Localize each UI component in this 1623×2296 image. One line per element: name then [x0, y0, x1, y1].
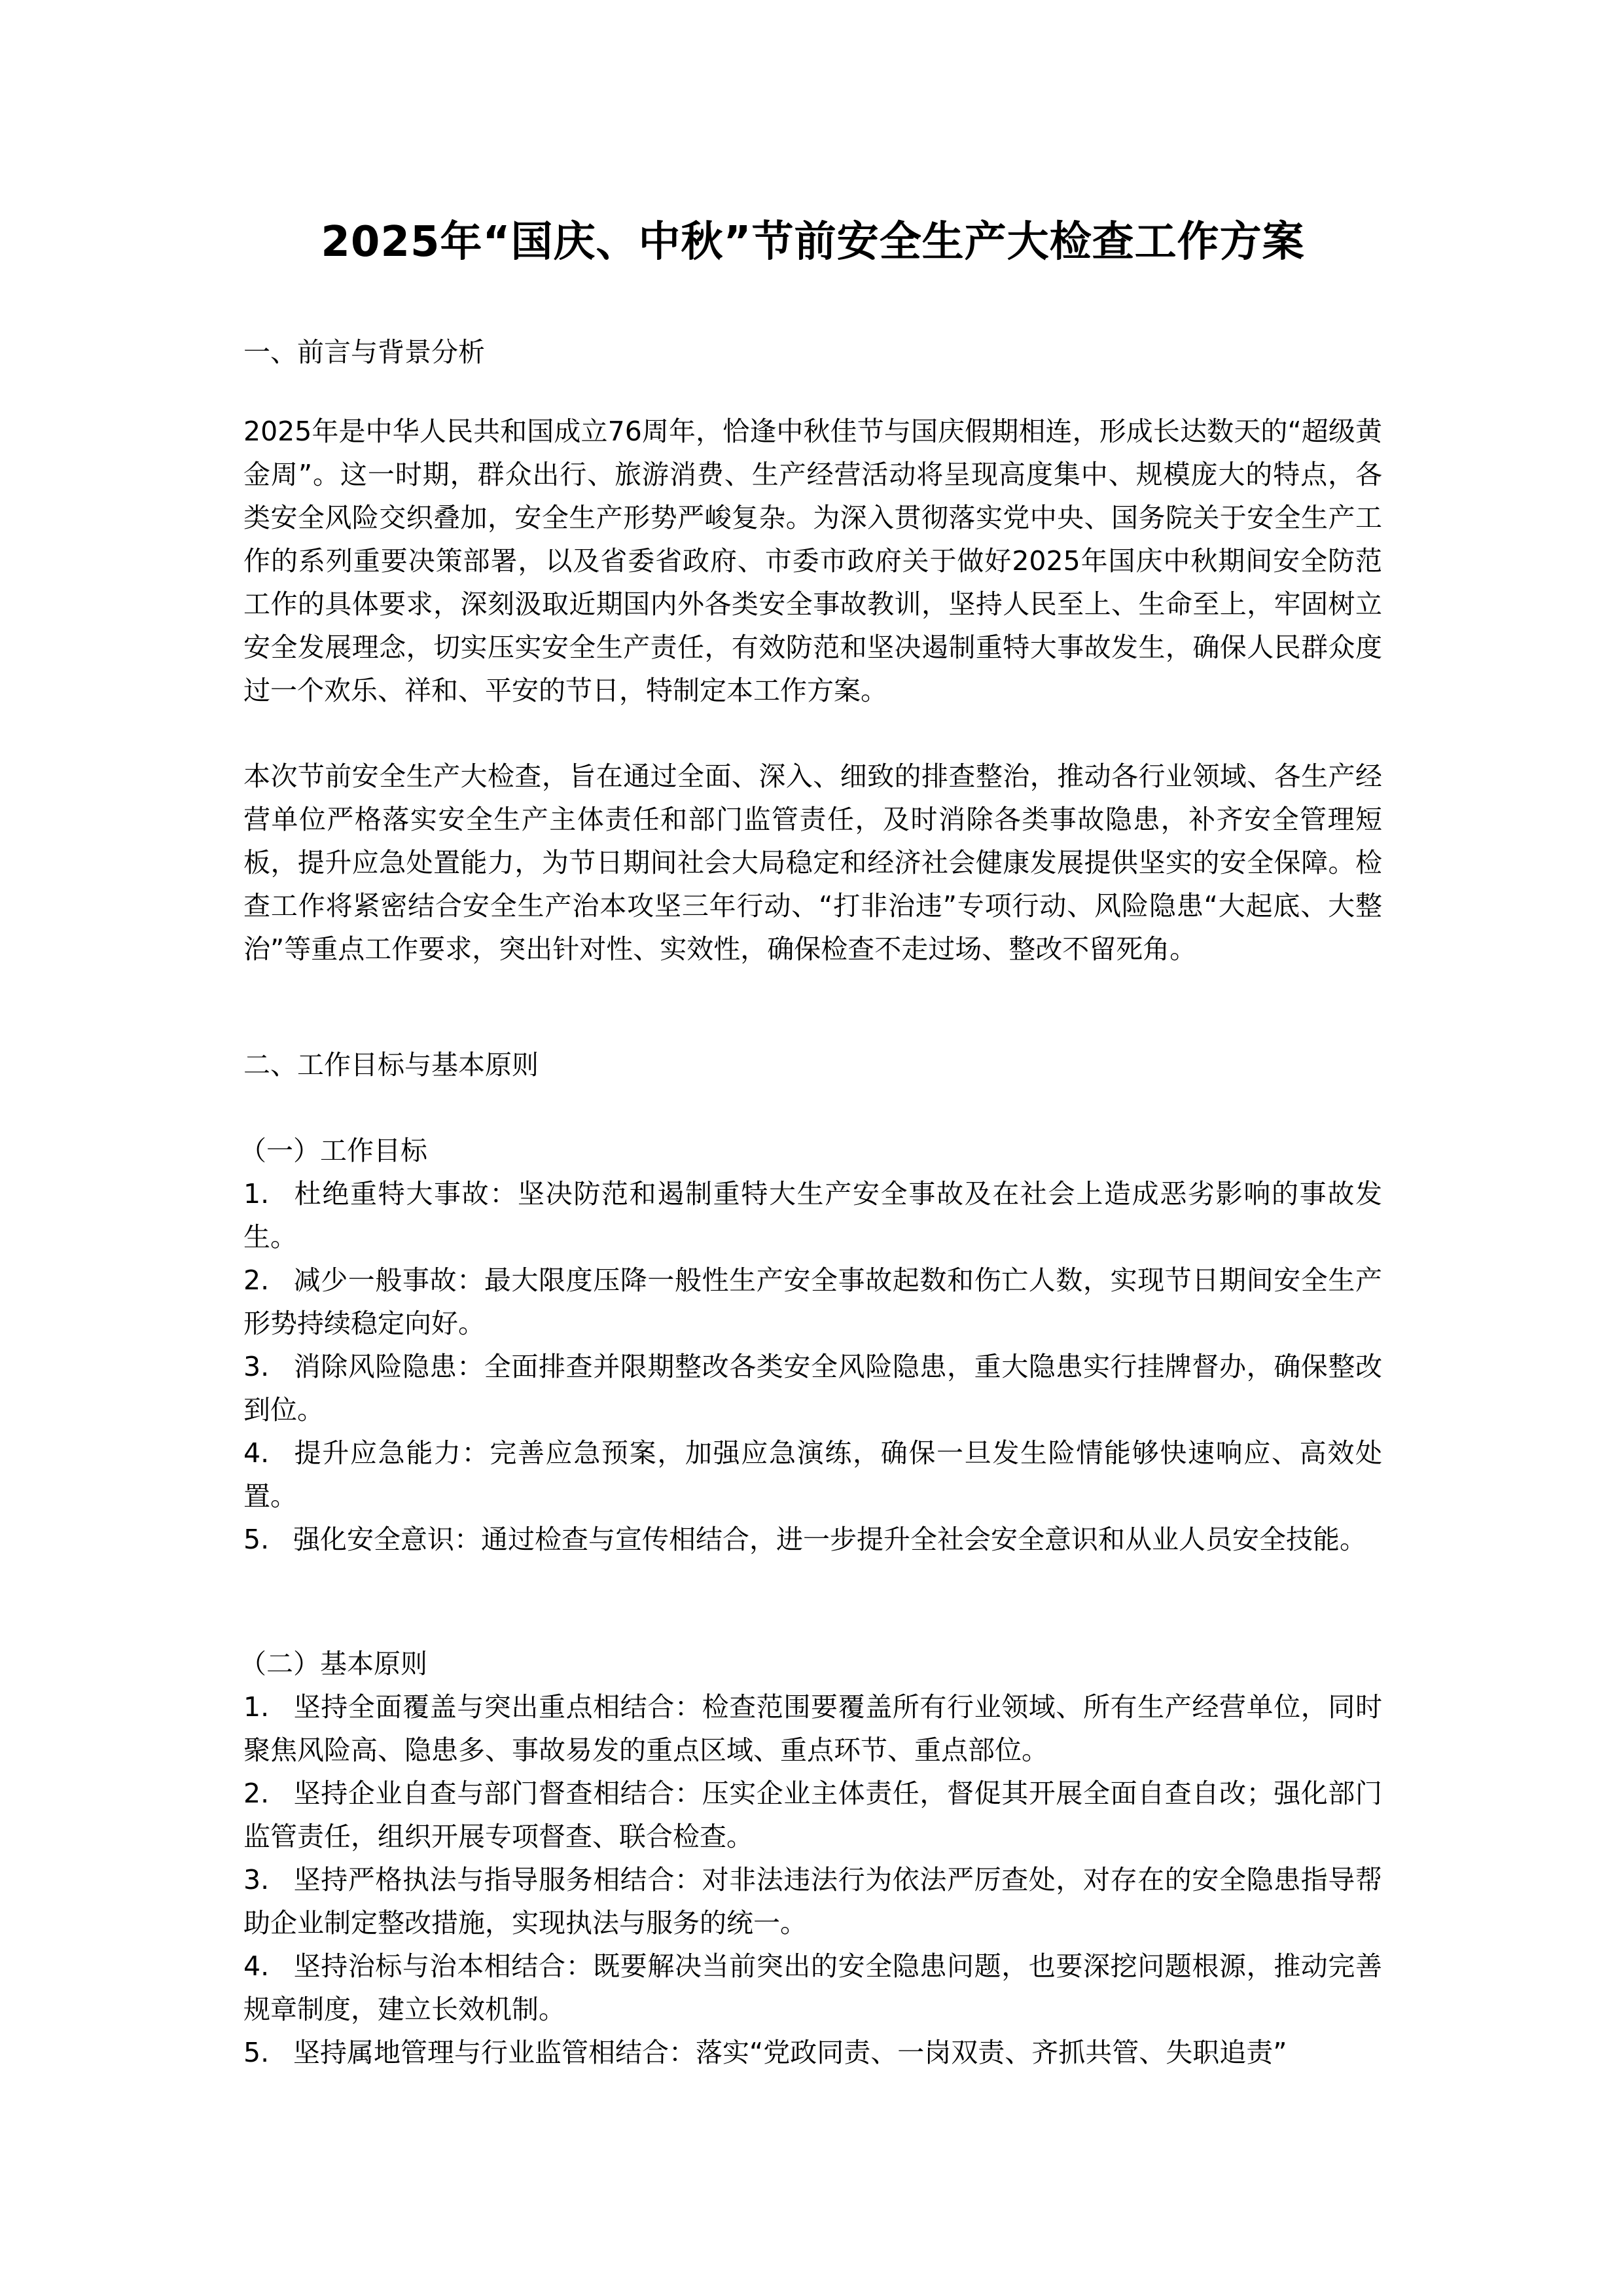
item-text: 消除风险隐患：全面排查并限期整改各类安全风险隐患，重大隐患实行挂牌督办，确保整改… — [243, 1351, 1382, 1426]
principles-list: 1.坚持全面覆盖与突出重点相结合：检查范围要覆盖所有行业领域、所有生产经营单位，… — [243, 1685, 1382, 2074]
section-1-paragraph-2: 本次节前安全生产大检查，旨在通过全面、深入、细致的排查整治，推动各行业领域、各生… — [243, 755, 1382, 971]
item-text: 坚持全面覆盖与突出重点相结合：检查范围要覆盖所有行业领域、所有生产经营单位，同时… — [243, 1691, 1382, 1766]
item-text: 提升应急能力：完善应急预案，加强应急演练，确保一旦发生险情能够快速响应、高效处置… — [243, 1437, 1382, 1512]
item-number: 3. — [243, 1858, 293, 1901]
item-text: 坚持治标与治本相结合：既要解决当前突出的安全隐患问题，也要深挖问题根源，推动完善… — [243, 1950, 1382, 2025]
goal-item-2: 2.减少一般事故：最大限度压降一般性生产安全事故起数和伤亡人数，实现节日期间安全… — [243, 1259, 1382, 1345]
item-number: 2. — [243, 1259, 293, 1302]
principles-heading: （二）基本原则 — [240, 1642, 427, 1685]
item-number: 1. — [243, 1172, 293, 1215]
item-text: 坚持企业自查与部门督查相结合：压实企业主体责任，督促其开展全面自查自改；强化部门… — [243, 1778, 1382, 1852]
principle-item-2: 2.坚持企业自查与部门督查相结合：压实企业主体责任，督促其开展全面自查自改；强化… — [243, 1772, 1382, 1858]
item-text: 杜绝重特大事故：坚决防范和遏制重特大生产安全事故及在社会上造成恶劣影响的事故发生… — [243, 1178, 1382, 1253]
item-number: 5. — [243, 1518, 293, 1561]
goals-list: 1.杜绝重特大事故：坚决防范和遏制重特大生产安全事故及在社会上造成恶劣影响的事故… — [243, 1172, 1382, 1561]
item-number: 4. — [243, 1431, 293, 1475]
item-number: 3. — [243, 1345, 293, 1388]
document-title: 2025年“国庆、中秋”节前安全生产大检查工作方案 — [243, 208, 1382, 268]
goal-item-5: 5.强化安全意识：通过检查与宣传相结合，进一步提升全社会安全意识和从业人员安全技… — [243, 1518, 1382, 1561]
section-1-paragraph-1: 2025年是中华人民共和国成立76周年，恰逢中秋佳节与国庆假期相连，形成长达数天… — [243, 410, 1382, 712]
item-number: 4. — [243, 1945, 293, 1988]
section-2-heading: 二、工作目标与基本原则 — [243, 1043, 539, 1086]
goals-heading: （一）工作目标 — [240, 1129, 427, 1172]
item-text: 坚持严格执法与指导服务相结合：对非法违法行为依法严厉查处，对存在的安全隐患指导帮… — [243, 1864, 1382, 1939]
item-text: 减少一般事故：最大限度压降一般性生产安全事故起数和伤亡人数，实现节日期间安全生产… — [243, 1265, 1382, 1339]
principle-item-5: 5.坚持属地管理与行业监管相结合：落实“党政同责、一岗双责、齐抓共管、失职追责” — [243, 2031, 1382, 2074]
principle-item-1: 1.坚持全面覆盖与突出重点相结合：检查范围要覆盖所有行业领域、所有生产经营单位，… — [243, 1685, 1382, 1772]
goal-item-3: 3.消除风险隐患：全面排查并限期整改各类安全风险隐患，重大隐患实行挂牌督办，确保… — [243, 1345, 1382, 1431]
item-number: 2. — [243, 1772, 293, 1815]
item-text: 坚持属地管理与行业监管相结合：落实“党政同责、一岗双责、齐抓共管、失职追责” — [293, 2037, 1287, 2068]
item-number: 5. — [243, 2031, 293, 2074]
goal-item-4: 4.提升应急能力：完善应急预案，加强应急演练，确保一旦发生险情能够快速响应、高效… — [243, 1431, 1382, 1518]
goal-item-1: 1.杜绝重特大事故：坚决防范和遏制重特大生产安全事故及在社会上造成恶劣影响的事故… — [243, 1172, 1382, 1259]
principle-item-4: 4.坚持治标与治本相结合：既要解决当前突出的安全隐患问题，也要深挖问题根源，推动… — [243, 1945, 1382, 2031]
principle-item-3: 3.坚持严格执法与指导服务相结合：对非法违法行为依法严厉查处，对存在的安全隐患指… — [243, 1858, 1382, 1945]
item-text: 强化安全意识：通过检查与宣传相结合，进一步提升全社会安全意识和从业人员安全技能。 — [293, 1524, 1366, 1555]
item-number: 1. — [243, 1685, 293, 1729]
section-1-heading: 一、前言与背景分析 — [243, 331, 485, 374]
